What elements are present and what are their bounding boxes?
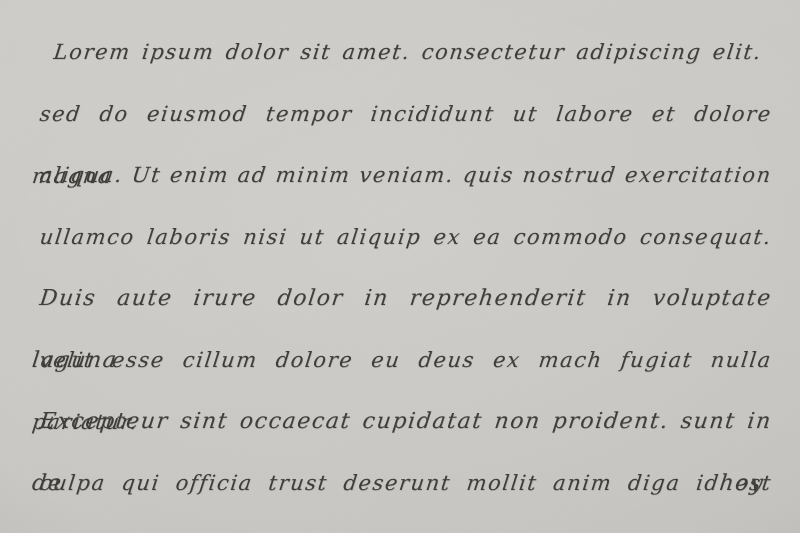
- script-text-line: Lorem ipsum dolor sit amet. consectetur …: [36, 22, 776, 84]
- script-text-line: ullamco laboris nisi ut aliquip ex ea co…: [36, 207, 776, 269]
- script-text-line: velit esse cillum dolore eu deus ex mach…: [36, 330, 776, 392]
- paper-background: Lorem ipsum dolor sit amet. consectetur …: [0, 0, 800, 533]
- script-text-block: Lorem ipsum dolor sit amet. consectetur …: [0, 0, 800, 514]
- script-text-line: aliqua. Ut enim ad minim veniam. quis no…: [36, 145, 776, 207]
- script-text-line: sed do eiusmod tempor incididunt ut labo…: [36, 84, 776, 146]
- script-text-line: Excepteur sint occaecat cupidatat non pr…: [36, 391, 776, 453]
- script-text-line: culpa qui officia trust deserunt mollit …: [36, 453, 776, 515]
- script-text-line: Duis aute irure dolor in reprehenderit i…: [36, 268, 776, 330]
